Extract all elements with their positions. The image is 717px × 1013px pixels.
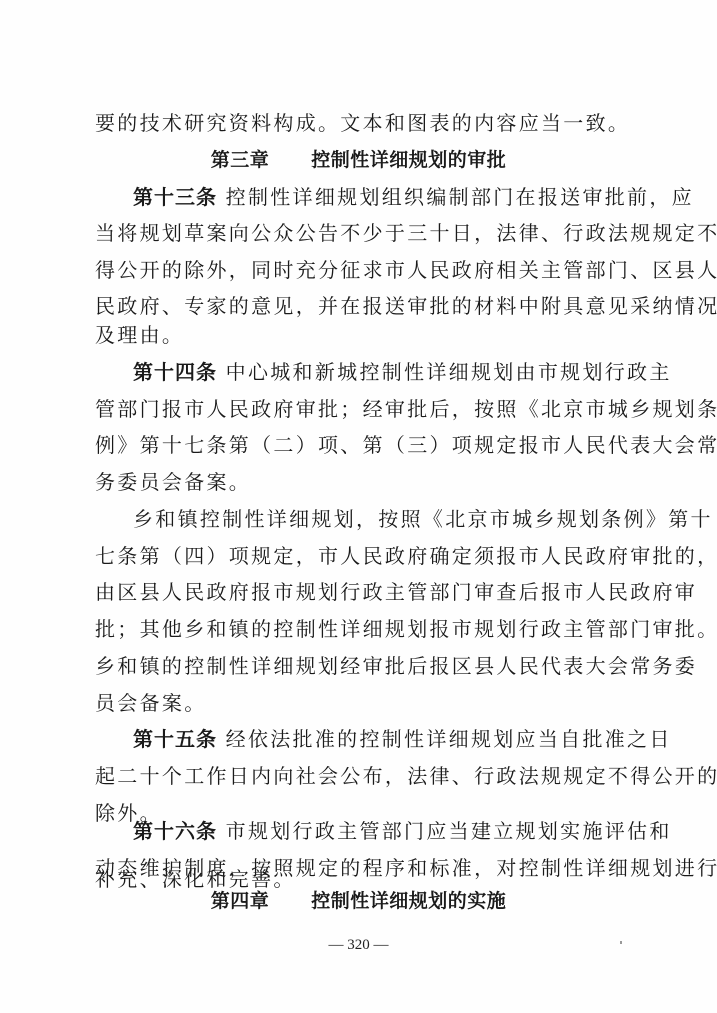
chapter-4-heading: 第四章控制性详细规划的实施 bbox=[0, 888, 717, 914]
paragraph-line: 七条第（四）项规定，市人民政府确定须报市人民政府审批的， bbox=[95, 543, 623, 569]
paragraph-line: 当将规划草案向公众公告不少于三十日，法律、行政法规规定不 bbox=[95, 220, 623, 246]
article-label: 第十六条 bbox=[133, 819, 217, 843]
article-13-line: 第十三条 控制性详细规划组织编制部门在报送审批前，应 bbox=[133, 184, 623, 210]
article-label: 第十三条 bbox=[133, 185, 217, 209]
scan-speck bbox=[620, 941, 622, 944]
chapter-3-heading: 第三章控制性详细规划的审批 bbox=[0, 147, 717, 173]
paragraph-line: 乡和镇控制性详细规划，按照《北京市城乡规划条例》第十 bbox=[133, 506, 623, 532]
paragraph-line: 得公开的除外，同时充分征求市人民政府相关主管部门、区县人 bbox=[95, 257, 623, 283]
paragraph-line: 起二十个工作日内向社会公布，法律、行政法规规定不得公开的 bbox=[95, 763, 623, 789]
paragraph-line: 批；其他乡和镇的控制性详细规划报市规划行政主管部门审批。 bbox=[95, 616, 623, 642]
article-14-line: 第十四条 中心城和新城控制性详细规划由市规划行政主 bbox=[133, 359, 623, 385]
paragraph-line: 民政府、专家的意见，并在报送审批的材料中附具意见采纳情况 bbox=[95, 293, 623, 319]
chapter-title: 控制性详细规划的审批 bbox=[311, 149, 506, 171]
paragraph-line: 要的技术研究资料构成。文本和图表的内容应当一致。 bbox=[95, 110, 623, 136]
paragraph-line: 管部门报市人民政府审批；经审批后，按照《北京市城乡规划条 bbox=[95, 396, 623, 422]
article-text: 市规划行政主管部门应当建立规划实施评估和 bbox=[217, 819, 672, 843]
paragraph-line: 例》第十七条第（二）项、第（三）项规定报市人民代表大会常 bbox=[95, 432, 623, 458]
document-page: 要的技术研究资料构成。文本和图表的内容应当一致。 第三章控制性详细规划的审批 第… bbox=[0, 0, 717, 1013]
article-text: 控制性详细规划组织编制部门在报送审批前，应 bbox=[217, 185, 694, 209]
chapter-number: 第三章 bbox=[211, 149, 270, 171]
article-16-line: 第十六条 市规划行政主管部门应当建立规划实施评估和 bbox=[133, 818, 623, 844]
article-text: 经依法批准的控制性详细规划应当自批准之日 bbox=[217, 727, 672, 751]
paragraph-line: 乡和镇的控制性详细规划经审批后报区县人民代表大会常务委 bbox=[95, 653, 623, 679]
article-label: 第十四条 bbox=[133, 360, 217, 384]
page-number: — 320 — bbox=[0, 937, 717, 954]
chapter-title: 控制性详细规划的实施 bbox=[311, 890, 506, 912]
article-15-line: 第十五条 经依法批准的控制性详细规划应当自批准之日 bbox=[133, 726, 623, 752]
chapter-number: 第四章 bbox=[211, 890, 270, 912]
paragraph-line: 务委员会备案。 bbox=[95, 469, 623, 495]
paragraph-line: 由区县人民政府报市规划行政主管部门审查后报市人民政府审 bbox=[95, 579, 623, 605]
article-label: 第十五条 bbox=[133, 727, 217, 751]
paragraph-line: 员会备案。 bbox=[95, 690, 623, 716]
paragraph-line: 及理由。 bbox=[95, 322, 623, 348]
article-text: 中心城和新城控制性详细规划由市规划行政主 bbox=[217, 360, 672, 384]
